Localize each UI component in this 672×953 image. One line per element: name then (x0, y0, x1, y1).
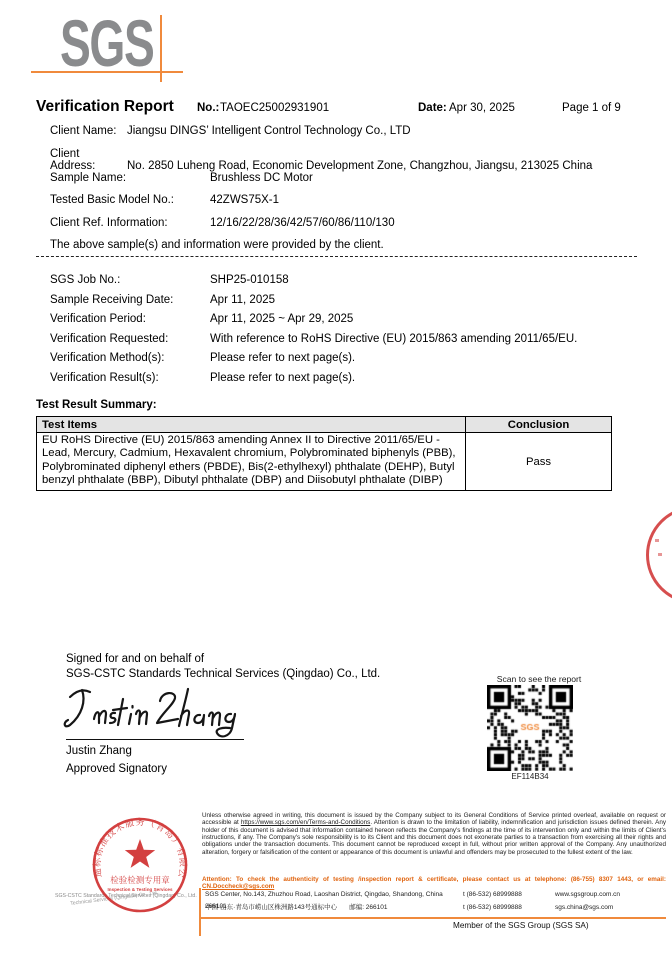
job-no-value: SHP25-010158 (210, 274, 289, 286)
client-address-row: Client Address:No. 2850 Luheng Road, Eco… (50, 148, 650, 171)
sample-row: Client Ref. Information:12/16/22/28/36/4… (50, 217, 650, 239)
sample-provided-note: The above sample(s) and information were… (50, 239, 650, 261)
job-row: Verification Method(s):Please refer to n… (50, 352, 660, 372)
email-link[interactable]: sgs.china@sgs.com (555, 902, 665, 915)
signed-on-behalf-block: Signed for and on behalf of SGS-CSTC Sta… (66, 652, 380, 682)
dashed-separator (36, 256, 637, 258)
date-label: Date: (418, 102, 447, 114)
footer-legal-text: Unless otherwise agreed in writing, this… (202, 812, 666, 856)
partial-seal-right-edge (646, 506, 672, 604)
client-address-value: No. 2850 Luheng Road, Economic Developme… (127, 160, 592, 172)
signed-for-line: Signed for and on behalf of (66, 652, 380, 667)
verification-method-value: Please refer to next page(s). (210, 352, 355, 364)
member-of-sgs-group: Member of the SGS Group (SGS SA) (453, 921, 589, 930)
terms-and-conditions-link[interactable]: https://www.sgs.com/en/Terms-and-Conditi… (241, 819, 371, 826)
client-ref-label: Client Ref. Information: (50, 217, 210, 229)
address-en: SGS Center, No.143, Zhuzhou Road, Laosha… (205, 889, 463, 902)
footer-vertical-line (199, 888, 201, 936)
conclusion-cell: Pass (466, 433, 612, 491)
handwritten-signature (60, 684, 255, 742)
seal-star-icon (125, 839, 155, 868)
test-result-table: Test Items Conclusion EU RoHS Directive … (36, 416, 612, 491)
sample-name-value: Brushless DC Motor (210, 172, 313, 184)
signatory-role: Approved Signatory (66, 763, 167, 775)
client-name-row: Client Name:Jiangsu DINGS’ Intelligent C… (50, 125, 650, 148)
verification-period-value: Apr 11, 2025 ~ Apr 29, 2025 (210, 313, 353, 325)
report-title: Verification Report (36, 98, 174, 116)
seal-line1: 检验检测专用章 (110, 875, 170, 885)
job-row: SGS Job No.:SHP25-010158 (50, 274, 660, 294)
client-name-value: Jiangsu DINGS’ Intelligent Control Techn… (127, 125, 411, 137)
job-no-label: SGS Job No.: (50, 274, 210, 286)
sample-name-label: Sample Name: (50, 172, 210, 184)
verification-method-label: Verification Method(s): (50, 352, 210, 364)
report-no-label: No.: (197, 102, 219, 114)
job-info: SGS Job No.:SHP25-010158 Sample Receivin… (50, 274, 660, 391)
client-ref-value: 12/16/22/28/36/42/57/60/86/110/130 (210, 217, 395, 229)
address-cn: 中国·山东·青岛市崂山区株洲路143号通标中心 (205, 902, 337, 915)
job-row: Verification Requested:With reference to… (50, 333, 660, 353)
col-conclusion: Conclusion (466, 417, 612, 433)
sample-info: Sample Name:Brushless DC Motor Tested Ba… (50, 172, 650, 262)
verification-requested-value: With reference to RoHS Directive (EU) 20… (210, 333, 577, 345)
model-no-value: 42ZWS75X-1 (210, 194, 279, 206)
address-row-cn: 中国·山东·青岛市崂山区株洲路143号通标中心邮编: 266101 t (86-… (205, 902, 665, 915)
footer-address-block: SGS Center, No.143, Zhuzhou Road, Laosha… (205, 889, 665, 915)
footer-orange-line (199, 917, 666, 919)
verification-result-label: Verification Result(s): (50, 372, 210, 384)
client-info: Client Name:Jiangsu DINGS’ Intelligent C… (50, 125, 650, 171)
col-test-items: Test Items (37, 417, 466, 433)
receiving-date-label: Sample Receiving Date: (50, 294, 210, 306)
sample-row: Tested Basic Model No.:42ZWS75X-1 (50, 194, 650, 216)
test-result-summary-heading: Test Result Summary: (36, 399, 157, 411)
verification-report-page: SGS Verification Report No.: TAOEC250029… (0, 0, 672, 953)
phone-2: t (86-532) 68999888 (463, 902, 555, 915)
verification-period-label: Verification Period: (50, 313, 210, 325)
seal-line2: Inspection & Testing Services (107, 887, 172, 892)
phone-1: t (86-532) 68999888 (463, 889, 555, 902)
test-item-cell: EU RoHS Directive (EU) 2015/863 amending… (37, 433, 466, 491)
date-value: Apr 30, 2025 (449, 102, 515, 114)
qr-code (487, 685, 573, 771)
postcode: 邮编: 266101 (349, 902, 387, 915)
client-address-label: Client Address: (50, 148, 127, 172)
address-row-en: SGS Center, No.143, Zhuzhou Road, Laosha… (205, 889, 665, 902)
attention-pre: Attention: To check the authenticity of … (202, 876, 666, 883)
model-no-label: Tested Basic Model No.: (50, 194, 210, 206)
inspection-testing-seal: 通标标准技术服务（青岛）有限公司 检验检测专用章 Inspection & Te… (90, 815, 190, 915)
website-link[interactable]: www.sgsgroup.com.cn (555, 889, 665, 902)
job-row: Verification Result(s):Please refer to n… (50, 372, 660, 392)
logo-vertical-line (160, 15, 162, 82)
job-row: Verification Period:Apr 11, 2025 ~ Apr 2… (50, 313, 660, 333)
table-header-row: Test Items Conclusion (37, 417, 612, 433)
signed-company-line: SGS-CSTC Standards Technical Services (Q… (66, 667, 380, 682)
signatory-name: Justin Zhang (66, 745, 132, 757)
qr-code-id: EF114B34 (487, 772, 573, 781)
job-row: Sample Receiving Date:Apr 11, 2025 (50, 294, 660, 314)
signature-underline (66, 739, 244, 740)
verification-result-value: Please refer to next page(s). (210, 372, 355, 384)
receiving-date-value: Apr 11, 2025 (210, 294, 275, 306)
client-name-label: Client Name: (50, 125, 127, 137)
table-row: EU RoHS Directive (EU) 2015/863 amending… (37, 433, 612, 491)
verification-requested-label: Verification Requested: (50, 333, 210, 345)
qr-caption: Scan to see the report (487, 674, 591, 684)
report-no-value: TAOEC25002931901 (220, 102, 329, 114)
sample-row: Sample Name:Brushless DC Motor (50, 172, 650, 194)
sgs-logo: SGS (60, 14, 153, 72)
page-number: Page 1 of 9 (562, 102, 621, 114)
